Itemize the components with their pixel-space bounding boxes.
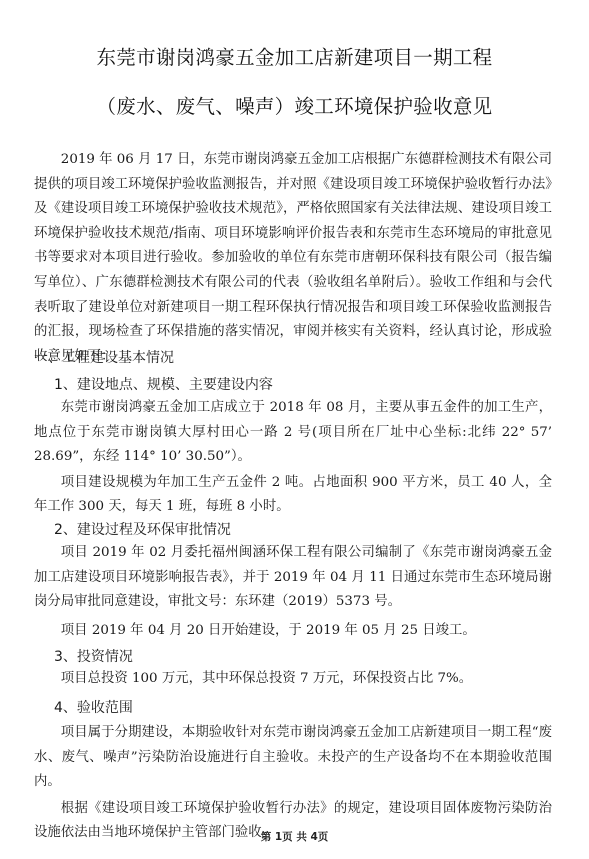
sub2-paragraph1: 项目 2019 年 02 月委托福州闽涵环保工程有限公司编制了《东莞市谢岗鸿豪五… bbox=[34, 541, 552, 615]
sub2-paragraph2: 项目 2019 年 04 月 20 日开始建设，于 2019 年 05 月 25… bbox=[34, 619, 552, 644]
sub4-heading: 4、验收范围 bbox=[54, 697, 133, 717]
sub3-heading: 3、投资情况 bbox=[54, 646, 133, 666]
sub1-heading: 1、建设地点、规模、主要建设内容 bbox=[54, 374, 273, 394]
sub1-paragraph1: 东莞市谢岗鸿豪五金加工店成立于 2018 年 08 月，主要从事五金件的加工生产… bbox=[34, 396, 552, 470]
sub4-paragraph1: 项目属于分期建设，本期验收针对东莞市谢岗鸿豪五金加工店新建项目一期工程“废水、废… bbox=[34, 721, 552, 795]
sub2-heading: 2、建设过程及环保审批情况 bbox=[54, 519, 231, 539]
intro-paragraph: 2019 年 06 月 17 日，东莞市谢岗鸿豪五金加工店根据广东德群检测技术有… bbox=[34, 148, 552, 369]
sub4-block: 项目属于分期建设，本期验收针对东莞市谢岗鸿豪五金加工店新建项目一期工程“废水、废… bbox=[34, 721, 552, 846]
section1-heading: 一、工程建设基本情况 bbox=[34, 347, 174, 367]
sub1-block: 东莞市谢岗鸿豪五金加工店成立于 2018 年 08 月，主要从事五金件的加工生产… bbox=[34, 396, 552, 520]
sub3-paragraph1: 项目总投资 100 万元，其中环保总投资 7 万元，环保投资占比 7%。 bbox=[34, 667, 552, 692]
document-title-line2: （废水、废气、噪声）竣工环境保护验收意见 bbox=[0, 91, 589, 119]
document-title-line1: 东莞市谢岗鸿豪五金加工店新建项目一期工程 bbox=[0, 42, 589, 70]
sub3-block: 项目总投资 100 万元，其中环保总投资 7 万元，环保投资占比 7%。 bbox=[34, 667, 552, 692]
page-number-footer: 第 1页 共 4页 bbox=[0, 829, 589, 844]
sub1-paragraph2: 项目建设规模为年加工生产五金件 2 吨。占地面积 900 平方米，员工 40 人… bbox=[34, 471, 552, 520]
intro-block: 2019 年 06 月 17 日，东莞市谢岗鸿豪五金加工店根据广东德群检测技术有… bbox=[34, 148, 552, 369]
sub2-block: 项目 2019 年 02 月委托福州闽涵环保工程有限公司编制了《东莞市谢岗鸿豪五… bbox=[34, 541, 552, 643]
